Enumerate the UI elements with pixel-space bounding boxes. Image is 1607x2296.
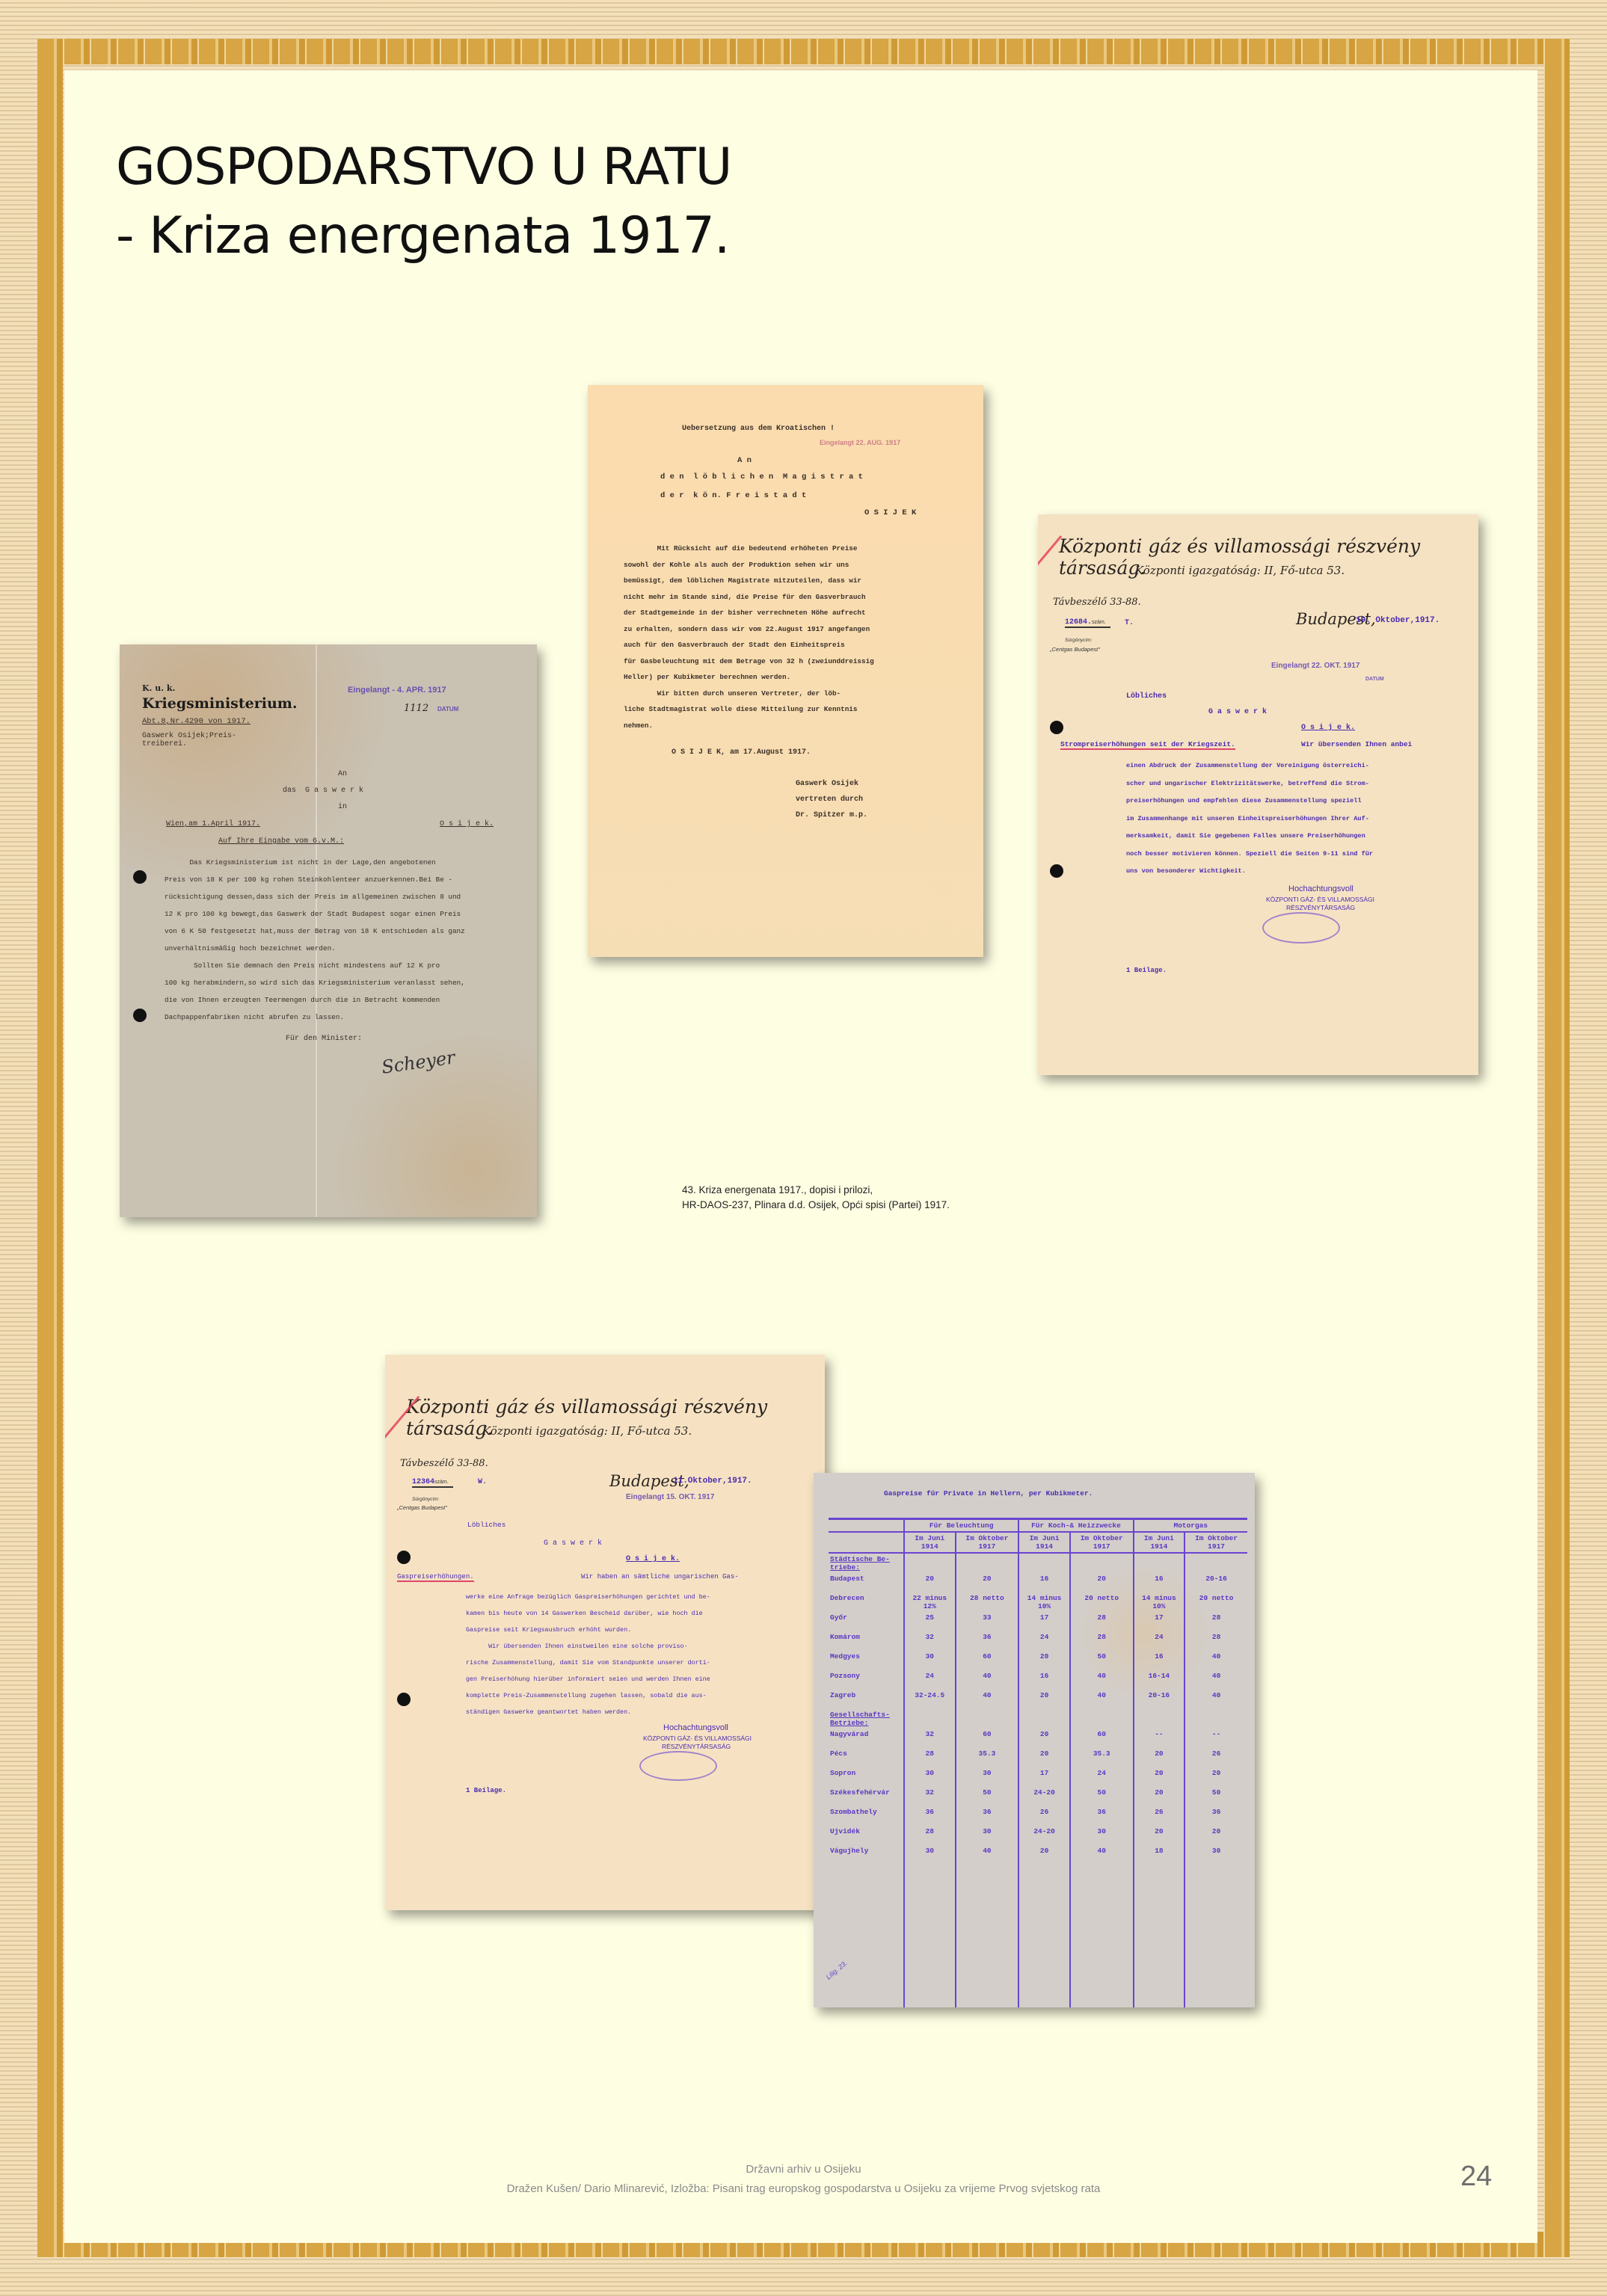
gaswerk: G a s w e r k bbox=[1208, 708, 1267, 716]
stamp-date-label: DATUM bbox=[1365, 677, 1384, 682]
table-cell: 50 bbox=[1070, 1787, 1134, 1806]
table-cell: 32 bbox=[904, 1631, 956, 1651]
table-cell: 20 bbox=[1018, 1845, 1070, 1865]
table-body: Städtische Be-triebe:Budapest20201620162… bbox=[829, 1553, 1247, 2007]
table-cell: 40 bbox=[1184, 1690, 1247, 1709]
closing: Hochachtungsvoll bbox=[663, 1723, 728, 1732]
gaswerk: G a s w e r k bbox=[544, 1539, 602, 1548]
table-row: Szombathely363626362636 bbox=[829, 1806, 1247, 1826]
document-uebersetzung: Uebersetzung aus dem Kroatischen ! Einge… bbox=[588, 385, 983, 957]
table-cell bbox=[1134, 1709, 1185, 1729]
table-section-row: Gesellschafts-Betriebe: bbox=[829, 1709, 1247, 1729]
company-stamp-2: RÉSZVÉNYTÁRSASÁG bbox=[662, 1743, 731, 1750]
column-header: Im Oktober 1917 bbox=[1184, 1532, 1247, 1553]
table-cell: 36 bbox=[904, 1806, 956, 1826]
table-cell: 30 bbox=[956, 1826, 1019, 1845]
address-an: An bbox=[338, 770, 347, 778]
body-line: bemüssigt, dem löblichen Magistrate mitz… bbox=[624, 573, 874, 589]
company-stamp-1: KÖZPONTI GÁZ- ÉS VILLAMOSSÁGI bbox=[643, 1735, 752, 1742]
enclosure: 1 Beilage. bbox=[1126, 967, 1167, 974]
table-cell: 36 bbox=[956, 1806, 1019, 1826]
table-cell bbox=[956, 1865, 1019, 2007]
table-cell: 20 bbox=[1184, 1767, 1247, 1787]
table-cell: 26 bbox=[1018, 1806, 1070, 1826]
punch-hole bbox=[133, 1009, 147, 1022]
table-cell: -- bbox=[1134, 1729, 1185, 1748]
initial: T. bbox=[1125, 619, 1134, 627]
body-line: Dachpappenfabriken nicht abrufen zu lass… bbox=[165, 1009, 465, 1026]
letterhead-address: Központi igazgatóság: II, Fő-utca 53. bbox=[1135, 564, 1345, 577]
table-cell: 17 bbox=[1018, 1767, 1070, 1787]
body-line: uns von besonderer Wichtigkeit. bbox=[1126, 863, 1373, 881]
table-cell: 20 bbox=[956, 1573, 1019, 1592]
footer-credits: Dražen Kušen/ Dario Mlinarević, Izložba:… bbox=[0, 2182, 1607, 2195]
table-cell: 20-16 bbox=[1184, 1573, 1247, 1592]
city-cell: Budapest bbox=[829, 1573, 904, 1592]
table-cell: 20 bbox=[1018, 1748, 1070, 1767]
table-cell: 20 bbox=[1018, 1651, 1070, 1670]
table-cell: 24 bbox=[904, 1670, 956, 1690]
figure-caption: 43. Kriza energenata 1917., dopisi i pri… bbox=[682, 1183, 950, 1213]
table-cell: 40 bbox=[956, 1845, 1019, 1865]
table-cell: 40 bbox=[1184, 1651, 1247, 1670]
body-line: auch für den Gasverbrauch der Stadt den … bbox=[624, 637, 874, 653]
subject-line: Gaspreiserhöhungen. bbox=[397, 1573, 474, 1582]
city-cell: Medgyes bbox=[829, 1651, 904, 1670]
table-row: Debrecen22 minus 12%28 netto14 minus 10%… bbox=[829, 1592, 1247, 1612]
body-line: im Zusammenhange mit unseren Einheitspre… bbox=[1126, 810, 1373, 828]
subject-line-1: Gaswerk Osijek;Preis- bbox=[142, 732, 236, 740]
table-cell bbox=[904, 1709, 956, 1729]
signature-line-1: Gaswerk Osijek bbox=[796, 780, 858, 788]
table-cell: 20 bbox=[1134, 1826, 1185, 1845]
caption-line-2: HR-DAOS-237, Plinara d.d. Osijek, Opći s… bbox=[682, 1198, 950, 1213]
table-cell: 60 bbox=[956, 1651, 1019, 1670]
document-number: 12364szám. bbox=[412, 1478, 453, 1488]
table-title: Gaspreise für Private in Hellern, per Ku… bbox=[884, 1489, 1093, 1498]
body-first-line: Wir übersenden Ihnen anbei bbox=[1301, 740, 1412, 748]
table-cell bbox=[1184, 1709, 1247, 1729]
table-corner bbox=[829, 1519, 904, 1533]
column-header: Im Juni 1914 bbox=[1018, 1532, 1070, 1553]
table-row: Budapest202016201620-16 bbox=[829, 1573, 1247, 1592]
greeting: Löbliches bbox=[467, 1521, 506, 1529]
table-cell bbox=[1070, 1709, 1134, 1729]
letter-date: 19. Oktober,1917. bbox=[1356, 616, 1439, 625]
body-line: sowohl der Kohle als auch der Produktion… bbox=[624, 557, 874, 573]
address-an: A n bbox=[737, 456, 752, 465]
table-section-row: Städtische Be-triebe: bbox=[829, 1553, 1247, 1573]
place-date: Wien,am 1.April 1917. bbox=[166, 820, 260, 828]
table-filler-row bbox=[829, 1865, 1247, 2007]
table-cell: 22 minus 12% bbox=[904, 1592, 956, 1612]
table-cell: 30 bbox=[904, 1845, 956, 1865]
address-city: O s i j e k. bbox=[1301, 724, 1355, 732]
table-cell: 28 bbox=[1184, 1612, 1247, 1631]
table-cell: 32 bbox=[904, 1729, 956, 1748]
table-cell bbox=[904, 1553, 956, 1573]
body-line: werke eine Anfrage bezüglich Gaspreiserh… bbox=[466, 1589, 710, 1605]
address-city: O S I J E K bbox=[864, 508, 916, 517]
table-cell: 30 bbox=[1070, 1826, 1134, 1845]
body-line: liche Stadtmagistrat wolle diese Mitteil… bbox=[624, 701, 874, 718]
table-cell: 33 bbox=[956, 1612, 1019, 1631]
punch-hole bbox=[1050, 721, 1063, 734]
signature-line-2: vertreten durch bbox=[796, 795, 863, 804]
document-gas-price-table: Gaspreise für Private in Hellern, per Ku… bbox=[814, 1473, 1255, 2007]
body-line: die von Ihnen erzeugten Teermengen durch… bbox=[165, 991, 465, 1009]
letter-date: 11.Oktober,1917. bbox=[673, 1477, 752, 1486]
stamp-number: 1112 bbox=[404, 703, 428, 714]
table-cell bbox=[956, 1709, 1019, 1729]
table-cell: 36 bbox=[1070, 1806, 1134, 1826]
body-line: für Gasbeleuchtung mit dem Betrage von 3… bbox=[624, 653, 874, 670]
body-line: noch besser motivieren können. Speziell … bbox=[1126, 846, 1373, 864]
city-cell: Nagyvárad bbox=[829, 1729, 904, 1748]
body-line: 100 kg herabmindern,so wird sich das Kri… bbox=[165, 974, 465, 991]
table-cell: 40 bbox=[1070, 1690, 1134, 1709]
table-cell: 60 bbox=[1070, 1729, 1134, 1748]
body-line: Heller) per Kubikmeter berechnen werden. bbox=[624, 669, 874, 686]
page-number: 24 bbox=[1460, 2161, 1492, 2193]
subject-line-2: treiberei. bbox=[142, 740, 187, 748]
table-row: Vágujhely304020401830 bbox=[829, 1845, 1247, 1865]
table-cell: 36 bbox=[956, 1631, 1019, 1651]
table-cell: -- bbox=[1184, 1729, 1247, 1748]
body-first-line: Wir haben an sämtliche ungarischen Gas- bbox=[581, 1573, 739, 1581]
table-cell: 20 bbox=[1134, 1787, 1185, 1806]
table-cell: 28 bbox=[904, 1748, 956, 1767]
column-header: Im Oktober 1917 bbox=[956, 1532, 1019, 1553]
table-cell: 16 bbox=[1134, 1573, 1185, 1592]
table-cell: 20-16 bbox=[1134, 1690, 1185, 1709]
table-cell: 32-24.5 bbox=[904, 1690, 956, 1709]
table-cell: 16 bbox=[1018, 1670, 1070, 1690]
header-small: K. u. k. bbox=[142, 683, 175, 693]
enclosure: 1 Beilage. bbox=[466, 1787, 506, 1794]
body-line: scher und ungarischer Elektrizitätswerke… bbox=[1126, 775, 1373, 793]
table-cell: 24-20 bbox=[1018, 1826, 1070, 1845]
signature-scribble bbox=[1262, 912, 1340, 944]
table-cell: 28 bbox=[1070, 1612, 1134, 1631]
table-cell: 50 bbox=[1184, 1787, 1247, 1806]
group-header: Motorgas bbox=[1134, 1519, 1247, 1533]
table-row: Nagyvárad32602060---- bbox=[829, 1729, 1247, 1748]
body-line: von 6 K 50 festgesetzt hat,muss der Betr… bbox=[165, 923, 465, 940]
table-row: Medgyes306020501640 bbox=[829, 1651, 1247, 1670]
address-city: O s i j e k. bbox=[440, 820, 494, 828]
table-cell: 20 bbox=[1018, 1729, 1070, 1748]
telegram-address: „Centgas Budapest" bbox=[397, 1504, 447, 1511]
punch-hole bbox=[397, 1693, 411, 1706]
table-cell: 60 bbox=[956, 1729, 1019, 1748]
table-cell: 14 minus 10% bbox=[1134, 1592, 1185, 1612]
place-date: O S I J E K, am 17.August 1917. bbox=[672, 748, 811, 757]
punch-hole bbox=[133, 870, 147, 884]
table-cell: 20 netto bbox=[1070, 1592, 1134, 1612]
table-cell: 24 bbox=[1018, 1631, 1070, 1651]
document-number: 12684.szám. bbox=[1065, 618, 1110, 628]
table-cell: 40 bbox=[956, 1690, 1019, 1709]
received-stamp: Eingelangt 22. OKT. 1917 bbox=[1271, 662, 1359, 670]
body-line: Das Kriegsministerium ist nicht in der L… bbox=[165, 854, 465, 871]
body-line: Mit Rücksicht auf die bedeutend erhöhete… bbox=[624, 541, 874, 557]
city-cell: Zagreb bbox=[829, 1690, 904, 1709]
table-cell: 18 bbox=[1134, 1845, 1185, 1865]
table-cell: 20 bbox=[1184, 1826, 1247, 1845]
telegram-label: Sürgönycím: bbox=[412, 1497, 440, 1502]
table-row: Zagreb32-24.540204020-1640 bbox=[829, 1690, 1247, 1709]
column-header: Im Juni 1914 bbox=[1134, 1532, 1185, 1553]
city-cell: Székesfehérvár bbox=[829, 1787, 904, 1806]
table-cell: 36 bbox=[1184, 1806, 1247, 1826]
gas-price-table: Für Beleuchtung Für Koch-& Heizzwecke Mo… bbox=[829, 1518, 1247, 2007]
company-stamp-1: KÖZPONTI GÁZ- ÉS VILLAMOSSÁGI bbox=[1266, 896, 1374, 903]
table-cell: 24 bbox=[1134, 1631, 1185, 1651]
table-row: Székesfehérvár325024-20502050 bbox=[829, 1787, 1247, 1806]
table-cell bbox=[904, 1865, 956, 2007]
body-line: nicht mehr im Stande sind, die Preise fü… bbox=[624, 589, 874, 606]
table-cell: 16-14 bbox=[1134, 1670, 1185, 1690]
table-cell bbox=[1184, 1865, 1247, 2007]
table-cell: 24 bbox=[1070, 1767, 1134, 1787]
telegram-address: „Centgas Budapest" bbox=[1050, 646, 1100, 653]
table-cell: 40 bbox=[1184, 1670, 1247, 1690]
body-line: unverhältnismäßig hoch bezeichnet werden… bbox=[165, 940, 465, 957]
city-cell: Debrecen bbox=[829, 1592, 904, 1612]
punch-hole bbox=[397, 1551, 411, 1564]
table-cell: 17 bbox=[1134, 1612, 1185, 1631]
letter-body: einen Abdruck der Zusammenstellung der V… bbox=[1126, 757, 1373, 881]
initial: W. bbox=[478, 1478, 487, 1486]
body-line: Wir übersenden Ihnen einstweilen eine so… bbox=[466, 1638, 710, 1655]
body-line: rücksichtigung dessen,dass sich der Prei… bbox=[165, 888, 465, 905]
table-cell: 20 bbox=[1070, 1573, 1134, 1592]
company-stamp-2: RÉSZVÉNYTÁRSASÁG bbox=[1286, 904, 1355, 911]
city-cell: Pozsony bbox=[829, 1670, 904, 1690]
document-kozponti-oct11: Központi gáz és villamossági részvény tá… bbox=[385, 1355, 825, 1910]
address-line-2: d e r k ö n. F r e i s t a d t bbox=[660, 491, 806, 500]
city-cell: Pécs bbox=[829, 1748, 904, 1767]
table-cell bbox=[956, 1553, 1019, 1573]
table-cell: 50 bbox=[956, 1787, 1019, 1806]
city-cell: Vágujhely bbox=[829, 1845, 904, 1865]
body-line: preiserhöhungen und empfehlen diese Zusa… bbox=[1126, 792, 1373, 810]
table-row: Pozsony2440164016-1440 bbox=[829, 1670, 1247, 1690]
table-cell bbox=[1018, 1865, 1070, 2007]
table-cell: 28 bbox=[1184, 1631, 1247, 1651]
table-cell: 26 bbox=[1184, 1748, 1247, 1767]
city-cell: Sopron bbox=[829, 1767, 904, 1787]
city-cell: Szombathely bbox=[829, 1806, 904, 1826]
signature-scribble bbox=[639, 1751, 717, 1781]
body-line: gen Preiserhöhung hierüber informiert se… bbox=[466, 1671, 710, 1687]
table-corner bbox=[829, 1532, 904, 1553]
signature-line-3: Dr. Spitzer m.p. bbox=[796, 811, 867, 819]
table-cell: 50 bbox=[1070, 1651, 1134, 1670]
signature: Scheyer bbox=[381, 1047, 457, 1077]
table-cell: 28 bbox=[1070, 1631, 1134, 1651]
section-label: Städtische Be-triebe: bbox=[829, 1553, 904, 1573]
body-line: nehmen. bbox=[624, 718, 874, 734]
document-kriegsministerium: K. u. k. Kriegsministerium. Abt.8,Nr.429… bbox=[120, 644, 537, 1217]
body-line: zu erhalten, sondern dass wir vom 22.Aug… bbox=[624, 621, 874, 638]
table-cell bbox=[1018, 1709, 1070, 1729]
greeting: Löbliches bbox=[1126, 692, 1167, 701]
table-cell: 32 bbox=[904, 1787, 956, 1806]
telegram-label: Sürgönycím: bbox=[1065, 638, 1093, 643]
table-cell bbox=[1134, 1553, 1185, 1573]
address-line-1: d e n l ö b l i c h e n M a g i s t r a … bbox=[660, 473, 863, 481]
received-stamp: Eingelangt - 4. APR. 1917 bbox=[348, 686, 446, 695]
footer-archive: Državni arhiv u Osijeku bbox=[0, 2163, 1607, 2176]
title-line-2: - Kriza energenata 1917. bbox=[116, 202, 731, 271]
group-header: Für Koch-& Heizzwecke bbox=[1018, 1519, 1133, 1533]
table-cell: 20 bbox=[904, 1573, 956, 1592]
address-city: O s i j e k. bbox=[626, 1555, 680, 1563]
body-line: Wir bitten durch unseren Vertreter, der … bbox=[624, 686, 874, 702]
closing: Hochachtungsvoll bbox=[1288, 884, 1353, 893]
table-cell bbox=[1134, 1865, 1185, 2007]
stamp-date-label: DATUM bbox=[437, 706, 458, 713]
closing: Für den Minister: bbox=[286, 1035, 362, 1043]
body-line: merksamkeit, damit Sie gegebenen Falles … bbox=[1126, 828, 1373, 846]
reference-number: Abt.8,Nr.4290 von 1917. bbox=[142, 717, 251, 726]
table-row: Ujvidék283024-20302020 bbox=[829, 1826, 1247, 1845]
body-line: ständigen Gaswerke geantwortet haben wer… bbox=[466, 1704, 710, 1720]
table-cell: 16 bbox=[1018, 1573, 1070, 1592]
table-row: Győr253317281728 bbox=[829, 1612, 1247, 1631]
column-header: Im Oktober 1917 bbox=[1070, 1532, 1134, 1553]
number-suffix: szám. bbox=[434, 1480, 449, 1485]
body-line: der Stadtgemeinde in der bisher verrechn… bbox=[624, 605, 874, 621]
table-cell: 20 netto bbox=[1184, 1592, 1247, 1612]
body-line: komplette Preis-Zusammenstellung zugehen… bbox=[466, 1687, 710, 1704]
table-cell: 26 bbox=[1134, 1806, 1185, 1826]
ministry-header: Kriegsministerium. bbox=[142, 695, 298, 712]
table-cell: 20 bbox=[1134, 1748, 1185, 1767]
table-cell: 20 bbox=[1134, 1767, 1185, 1787]
received-stamp: Eingelangt 15. OKT. 1917 bbox=[626, 1493, 714, 1501]
table-cell bbox=[1070, 1553, 1134, 1573]
body-line: einen Abdruck der Zusammenstellung der V… bbox=[1126, 757, 1373, 775]
body-line: Gaspreise seit Kriegsausbruch erhöht wur… bbox=[466, 1622, 710, 1638]
table-cell: 24-20 bbox=[1018, 1787, 1070, 1806]
number-suffix: szám. bbox=[1092, 620, 1106, 625]
table-cell bbox=[1018, 1553, 1070, 1573]
table-cell bbox=[1184, 1553, 1247, 1573]
letter-body: Das Kriegsministerium ist nicht in der L… bbox=[165, 854, 465, 1026]
table-cell: 28 netto bbox=[956, 1592, 1019, 1612]
table-row: Sopron303017242020 bbox=[829, 1767, 1247, 1787]
reference-line: Auf Ihre Eingabe vom 6.v.M.: bbox=[218, 837, 344, 846]
number-value: 12684. bbox=[1065, 618, 1092, 627]
address-gaswerk: das G a s w e r k bbox=[283, 787, 363, 795]
table-cell: 40 bbox=[1070, 1670, 1134, 1690]
table-cell: 14 minus 10% bbox=[1018, 1592, 1070, 1612]
city-cell: Győr bbox=[829, 1612, 904, 1631]
table-cell: 30 bbox=[1184, 1845, 1247, 1865]
punch-hole bbox=[1050, 864, 1063, 878]
translation-heading: Uebersetzung aus dem Kroatischen ! bbox=[682, 425, 835, 433]
title-line-1: GOSPODARSTVO U RATU bbox=[116, 133, 731, 202]
column-header: Im Juni 1914 bbox=[904, 1532, 956, 1553]
table-cell bbox=[1070, 1865, 1134, 2007]
body-line: Sollten Sie demnach den Preis nicht mind… bbox=[165, 957, 465, 974]
body-line: Preis von 18 K per 100 kg rohen Steinkoh… bbox=[165, 871, 465, 888]
address-in: in bbox=[338, 803, 347, 811]
table-cell: 17 bbox=[1018, 1612, 1070, 1631]
section-label: Gesellschafts-Betriebe: bbox=[829, 1709, 904, 1729]
city-cell: Ujvidék bbox=[829, 1826, 904, 1845]
document-kozponti-oct19: Központi gáz és villamossági részvény tá… bbox=[1038, 514, 1478, 1075]
body-line: rische Zusammenstellung, damit Sie vom S… bbox=[466, 1655, 710, 1671]
table-cell: 40 bbox=[956, 1670, 1019, 1690]
number-value: 12364 bbox=[412, 1478, 434, 1486]
group-header: Für Beleuchtung bbox=[904, 1519, 1018, 1533]
table-cell: 30 bbox=[904, 1767, 956, 1787]
page-title: GOSPODARSTVO U RATU - Kriza energenata 1… bbox=[116, 133, 731, 271]
table-cell bbox=[829, 1865, 904, 2007]
table-cell: 30 bbox=[904, 1651, 956, 1670]
letterhead-address: Központi igazgatóság: II, Fő-utca 53. bbox=[482, 1424, 692, 1438]
table-cell: 25 bbox=[904, 1612, 956, 1631]
received-stamp: Eingelangt 22. AUG. 1917 bbox=[820, 439, 900, 446]
table-cell: 20 bbox=[1018, 1690, 1070, 1709]
city-cell: Komárom bbox=[829, 1631, 904, 1651]
table-cell: 35.3 bbox=[956, 1748, 1019, 1767]
body-line: kamen bis heute von 14 Gaswerken Beschei… bbox=[466, 1605, 710, 1622]
subject-line: Strompreiserhöhungen seit der Kriegszeit… bbox=[1060, 740, 1235, 750]
table-row: Pécs2835.32035.32026 bbox=[829, 1748, 1247, 1767]
table-cell: 16 bbox=[1134, 1651, 1185, 1670]
letter-body: werke eine Anfrage bezüglich Gaspreiserh… bbox=[466, 1589, 710, 1720]
body-line: 12 K pro 100 kg bewegt,das Gaswerk der S… bbox=[165, 905, 465, 923]
table-cell: 40 bbox=[1070, 1845, 1134, 1865]
table-cell: 30 bbox=[956, 1767, 1019, 1787]
letter-body: Mit Rücksicht auf die bedeutend erhöhete… bbox=[624, 541, 874, 733]
table-row: Komárom323624282428 bbox=[829, 1631, 1247, 1651]
table-cell: 28 bbox=[904, 1826, 956, 1845]
caption-line-1: 43. Kriza energenata 1917., dopisi i pri… bbox=[682, 1183, 950, 1198]
table-cell: 35.3 bbox=[1070, 1748, 1134, 1767]
